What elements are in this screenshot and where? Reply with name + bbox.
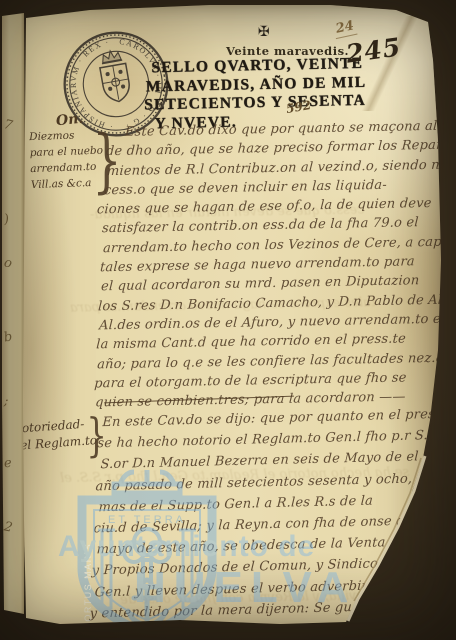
ink-mark: 7 — [2, 117, 14, 134]
ink-mark: b — [3, 329, 14, 345]
margin-note-reglamento: Notoriedad-del Reglam.to — [11, 415, 98, 455]
manuscript-scan: 7)ob;e2 cess.o que se deven incluir en l… — [0, 0, 456, 640]
ink-mark: ; — [3, 394, 9, 409]
ink-bleed-marks: 7)ob;e2 — [0, 0, 26, 640]
manuscript-page: cess.o que se deven incluir en las liqui… — [0, 0, 456, 640]
ink-mark: ) — [3, 212, 10, 227]
ink-mark: e — [3, 456, 12, 472]
body-paragraph-1: Este Cav.do dixo que por quanto se maçon… — [93, 117, 452, 413]
margin-note-line: Vill.as &c.a — [31, 175, 96, 193]
body-paragraph-2: En este Cav.do se dijo: que por quanto e… — [93, 404, 453, 625]
previous-page-edge: 7)ob;e2 — [0, 0, 26, 640]
maltese-cross-icon: ✠ — [258, 24, 270, 40]
page-number-pencil: 24 — [332, 18, 357, 39]
coat-of-arms-icon — [100, 63, 132, 103]
folio-number: 245 — [344, 32, 403, 68]
ink-mark: o — [3, 255, 13, 271]
ink-mark: 2 — [3, 519, 14, 535]
margin-note-diezmos: Diezmospara el nueboarrendam.toVill.as &… — [29, 127, 95, 193]
